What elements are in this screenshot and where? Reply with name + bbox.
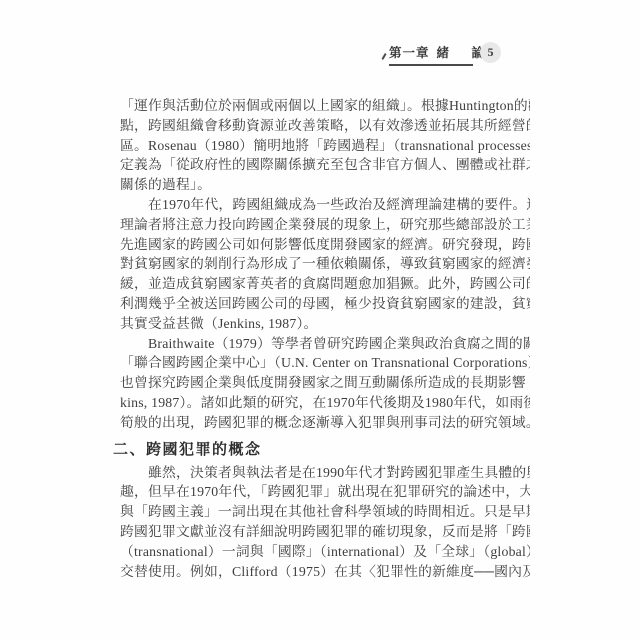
- paragraph: 在1970年代，跨國組織成為一些政治及經濟理論建構的要件。這些理論者將注意力投向…: [120, 195, 530, 334]
- chapter-heading: 第一章緒 論: [389, 43, 473, 66]
- text-line: 利潤幾乎全被送回跨國公司的母國，極少投資貧窮國家的建設，貧窮國家: [120, 294, 530, 314]
- chapter-label: 第一章: [389, 46, 430, 60]
- text-line: 「運作與活動位於兩個或兩個以上國家的組織」。根據Huntington的觀: [120, 96, 530, 116]
- text-line: 其實受益甚微（Jenkins, 1987）。: [120, 314, 530, 334]
- page-number-badge: 5: [480, 42, 501, 63]
- text-line: 雖然，決策者與執法者是在1990年代才對跨國犯罪產生具體的興: [120, 463, 530, 483]
- header-tick-icon: [381, 53, 386, 60]
- text-line: 交替使用。例如，Clifford（1975）在其〈犯罪性的新維度──國內及跨: [120, 562, 530, 582]
- text-line: 區。Rosenau（1980）簡明地將「跨國過程」（transnational …: [120, 136, 530, 156]
- text-line: 定義為「從政府性的國際關係擴充至包含非官方個人、團體或社群之國際: [120, 155, 530, 175]
- text-line: 與「跨國主義」一詞出現在其他社會科學領域的時間相近。只是早期的: [120, 502, 530, 522]
- section-heading: 二、跨國犯罪的概念: [113, 439, 530, 460]
- page-content: 「運作與活動位於兩個或兩個以上國家的組織」。根據Huntington的觀點，跨國…: [120, 96, 530, 581]
- text-line: Braithwaite（1979）等學者曾研究跨國企業與政治貪腐之間的關聯，: [120, 334, 530, 354]
- page-number: 5: [488, 45, 494, 60]
- text-line: 在1970年代，跨國組織成為一些政治及經濟理論建構的要件。這些: [120, 195, 530, 215]
- text-line: 緩，並造成貧窮國家菁英者的貪腐問題愈加猖獗。此外，跨國公司的經營: [120, 274, 530, 294]
- paragraph: 雖然，決策者與執法者是在1990年代才對跨國犯罪產生具體的興趣，但早在1970年…: [120, 463, 530, 582]
- text-line: 筍般的出現，跨國犯罪的概念逐漸導入犯罪與刑事司法的研究領域。: [120, 413, 530, 433]
- text-line: 先進國家的跨國公司如何影響低度開發國家的經濟。研究發現，跨國公司: [120, 235, 530, 255]
- text-line: kins, 1987）。諸如此類的研究，在1970年代後期及1980年代，如雨後…: [120, 393, 530, 413]
- text-line: 跨國犯罪文獻並沒有詳細說明跨國犯罪的確切現象，反而是將「跨國」: [120, 522, 530, 542]
- text-line: 點，跨國組織會移動資源並改善策略，以有效滲透並拓展其所經營的地: [120, 116, 530, 136]
- text-line: 對貧窮國家的剝削行為形成了一種依賴關係，導致貧窮國家的經濟發展遲: [120, 254, 530, 274]
- text-line: 關係的過程」。: [120, 175, 530, 195]
- paragraph: 「運作與活動位於兩個或兩個以上國家的組織」。根據Huntington的觀點，跨國…: [120, 96, 530, 195]
- book-page-scan: 第一章緒 論 5 「運作與活動位於兩個或兩個以上國家的組織」。根據Hunting…: [0, 0, 640, 640]
- text-line: 也曾探究跨國企業與低度開發國家之間互動關係所造成的長期影響（Jen-: [120, 373, 530, 393]
- text-line: 理論者將注意力投向跨國企業發展的現象上，研究那些總部設於工業化: [120, 215, 530, 235]
- paragraph: Braithwaite（1979）等學者曾研究跨國企業與政治貪腐之間的關聯，「聯…: [120, 334, 530, 433]
- text-line: 趣，但早在1970年代，「跨國犯罪」就出現在犯罪研究的論述中，大約: [120, 482, 530, 502]
- text-line: 「聯合國跨國企業中心」（U.N. Center on Transnational…: [120, 353, 530, 373]
- text-line: （transnational）一詞與「國際」（international）及「全…: [120, 542, 530, 562]
